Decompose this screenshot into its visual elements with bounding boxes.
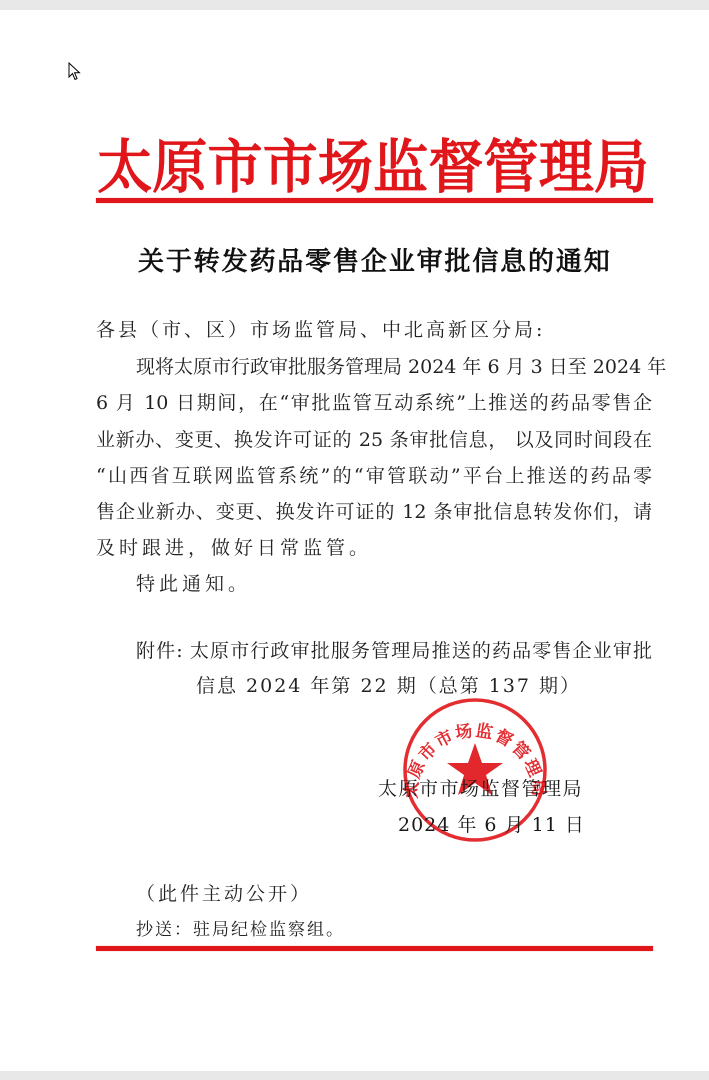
signature-date: 2024 年 6 月 11 日 bbox=[398, 812, 585, 838]
mouse-cursor-icon bbox=[68, 62, 82, 82]
footer-red-rule bbox=[96, 946, 653, 951]
title-char: 发 bbox=[222, 241, 248, 278]
masthead-char: 太 bbox=[97, 137, 152, 198]
masthead-char: 市 bbox=[207, 137, 262, 198]
masthead-char: 场 bbox=[318, 137, 373, 198]
masthead-title: 太 原 市 市 场 监 督 管 理 局 bbox=[97, 138, 649, 196]
masthead-char: 理 bbox=[539, 137, 594, 198]
title-char: 知 bbox=[584, 241, 610, 278]
document-title: 关 于 转 发 药 品 零 售 企 业 审 批 信 息 的 通 知 bbox=[138, 241, 610, 277]
title-char: 药 bbox=[249, 241, 275, 278]
title-char: 于 bbox=[166, 241, 192, 278]
masthead-char: 市 bbox=[263, 137, 318, 198]
title-char: 信 bbox=[472, 241, 498, 278]
title-char: 业 bbox=[389, 241, 415, 278]
masthead-char: 监 bbox=[373, 137, 428, 198]
closing-line: 特此通知。 bbox=[136, 570, 251, 598]
masthead-char: 管 bbox=[483, 137, 538, 198]
title-char: 品 bbox=[277, 241, 303, 278]
title-char: 售 bbox=[333, 241, 359, 278]
masthead-red-rule bbox=[96, 198, 653, 203]
title-char: 审 bbox=[417, 241, 443, 278]
body-line: 业新办、变更、换发许可证的 25 条审批信息， 以及同时间段在 bbox=[96, 426, 652, 454]
title-char: 零 bbox=[305, 241, 331, 278]
title-char: 息 bbox=[500, 241, 526, 278]
body-line: 6 月 10 日期间，在“审批监管互动系统”上推送的药品零售企 bbox=[96, 389, 652, 417]
signature-org: 太原市市场监督管理局 bbox=[378, 776, 583, 802]
body-line: 现将太原市行政审批服务管理局 2024 年 6 月 3 日至 2024 年 bbox=[136, 353, 652, 381]
body-line: “山西省互联网监管系统”的“审管联动”平台上推送的药品零 bbox=[96, 462, 652, 490]
title-char: 的 bbox=[528, 241, 554, 278]
masthead-char: 局 bbox=[594, 137, 649, 198]
title-char: 批 bbox=[444, 241, 470, 278]
masthead-char: 原 bbox=[152, 137, 207, 198]
cc-line: 抄送：驻局纪检监察组。 bbox=[136, 916, 345, 944]
title-char: 企 bbox=[361, 241, 387, 278]
disclosure-note: （此件主动公开） bbox=[136, 880, 312, 908]
viewer-top-frame bbox=[0, 0, 709, 10]
masthead-char: 督 bbox=[428, 137, 483, 198]
attachment-line: 附件: 太原市行政审批服务管理局推送的药品零售企业审批 bbox=[136, 637, 652, 665]
body-line: 售企业新办、变更、换发许可证的 12 条审批信息转发你们，请 bbox=[96, 498, 652, 526]
title-char: 关 bbox=[138, 241, 164, 278]
title-char: 通 bbox=[556, 241, 582, 278]
title-char: 转 bbox=[194, 241, 220, 278]
body-line: 及时跟进，做好日常监管。 bbox=[96, 534, 372, 562]
addressee-line: 各县（市、区）市场监管局、中北高新区分局: bbox=[96, 316, 556, 344]
viewer-bottom-frame bbox=[0, 1071, 709, 1080]
